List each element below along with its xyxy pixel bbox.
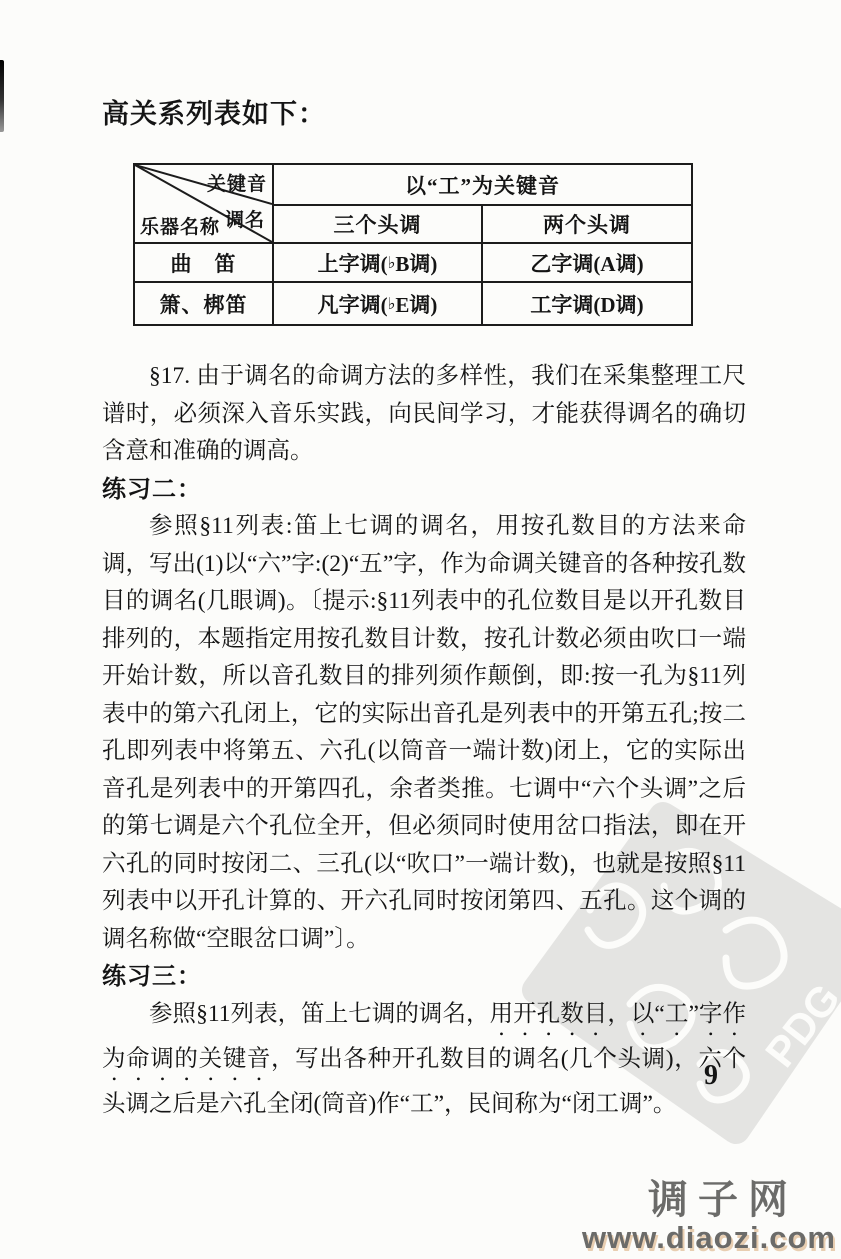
tuning-table: 关键音 调名 乐器名称 以“工”为关键音 三个头调 两个头调 曲 笛 上字调(♭…: [133, 163, 693, 326]
exercise2-body: 参照§11列表:笛上七调的调名，用按孔数目的方法来命调，写出(1)以“六”字:(…: [102, 508, 746, 958]
instrument-cell-xiao-bangdi: 箫、梆笛: [135, 281, 272, 324]
table-corner-cell: 关键音 调名 乐器名称: [135, 165, 272, 242]
site-watermark-name: 调子网: [560, 1180, 836, 1220]
site-watermark-url: www.diaozi.com: [560, 1222, 836, 1253]
corner-label-tune-name: 调名: [225, 205, 265, 232]
exercise3-body: 参照§11列表，笛上七调的调名，用开孔数目，以“工”字作为命调的关键音，写出各种…: [102, 996, 746, 1124]
col-header-three-tone: 三个头调: [272, 204, 481, 242]
site-watermark: 调子网 www.diaozi.com: [560, 1180, 836, 1253]
corner-label-instrument: 乐器名称: [140, 212, 220, 239]
spine-shadow-mark: [0, 60, 4, 132]
cell-xiao-two-tone: 工字调(D调): [481, 281, 691, 324]
col-header-two-tone: 两个头调: [481, 204, 691, 242]
page-number: 9: [704, 1060, 718, 1092]
exercise3-heading: 练习三：: [102, 958, 746, 996]
corner-label-key-tone: 关键音: [207, 169, 267, 196]
instrument-cell-qudi: 曲 笛: [135, 242, 272, 281]
paragraph-s17: §17. 由于调名的命调方法的多样性，我们在采集整理工尺谱时，必须深入音乐实践，…: [102, 358, 746, 471]
exercise2-heading: 练习二：: [102, 471, 746, 509]
cell-xiao-three-tone: 凡字调(♭E调): [272, 281, 481, 324]
cell-qudi-three-tone: 上字调(♭B调): [272, 242, 481, 281]
text-block: §17. 由于调名的命调方法的多样性，我们在采集整理工尺谱时，必须深入音乐实践，…: [102, 358, 746, 1123]
intro-line: 高关系列表如下：: [102, 92, 326, 131]
cell-qudi-two-tone: 乙字调(A调): [481, 242, 691, 281]
key-tone-header: 以“工”为关键音: [272, 165, 691, 204]
book-page: 高关系列表如下： 关键音 调名 乐器名称 以“工”为关键音 三个头调 两个头调 …: [0, 0, 841, 1259]
exercise3-segment-before: 参照§11列表，笛上七调的调名，: [149, 1001, 490, 1027]
